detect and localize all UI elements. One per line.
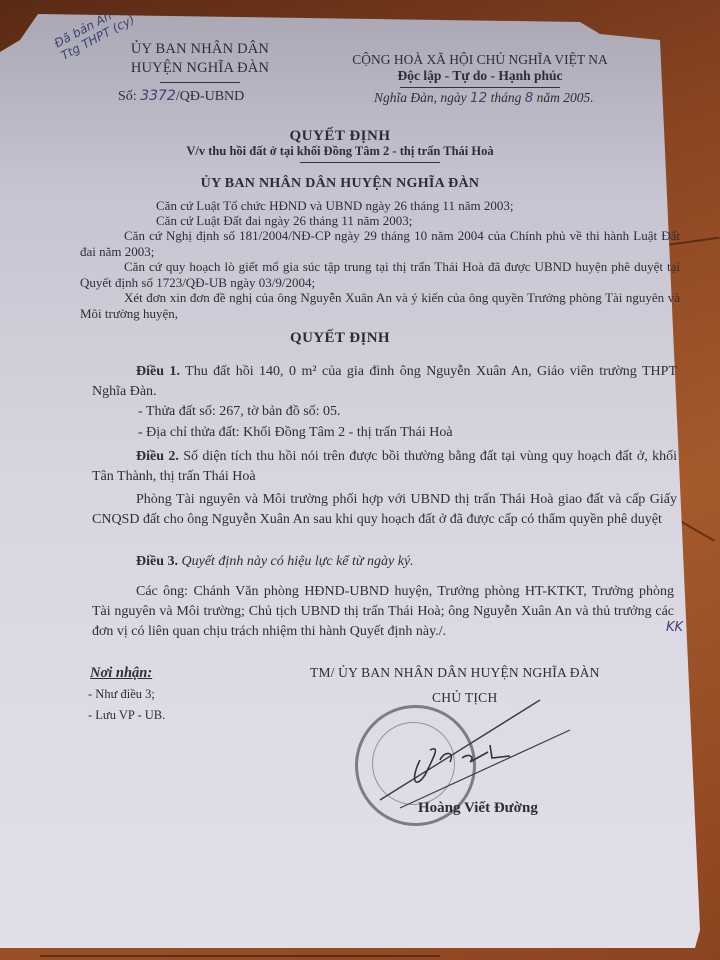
handwritten-signature [370, 690, 590, 810]
national-header: CỘNG HOÀ XÃ HỘI CHỦ NGHĨA VIỆT NA Độc lậ… [330, 52, 630, 88]
date-month: 8 [525, 90, 534, 106]
decision-heading: QUYẾT ĐỊNH [0, 330, 700, 347]
article-3-label: Điều 3. [136, 554, 178, 569]
article-1-label: Điều 1. [136, 364, 180, 379]
document-number: Số: 3372/QĐ-UBND [118, 88, 244, 105]
article-3-text: Quyết định này có hiệu lực kể từ ngày ký… [178, 554, 414, 569]
document-date: Nghĩa Đàn, ngày 12 tháng 8 năm 2005. [374, 90, 594, 106]
article-1-text: Thu đất hồi 140, 0 m² của gia đình ông N… [92, 364, 677, 399]
recipient-item: - Lưu VP - UB. [88, 708, 165, 723]
recipients-title: Nơi nhận: [90, 665, 152, 682]
article-2-text: Số diện tích thu hồi nói trên được bồi t… [92, 449, 677, 484]
document-subject: V/v thu hồi đất ở tại khối Đồng Tâm 2 - … [0, 144, 700, 159]
floor-seam [40, 955, 440, 957]
number-prefix: Số: [118, 89, 140, 104]
article-2-label: Điều 2. [136, 449, 179, 464]
article-2-paragraph: Phòng Tài nguyên và Môi trường phối hợp … [92, 490, 677, 530]
divider [160, 82, 240, 83]
recipient-item: - Như điều 3; [88, 687, 155, 702]
article-3-paragraph: Các ông: Chánh Văn phòng HĐND-UBND huyện… [92, 582, 674, 642]
basis-5: Xét đơn xin đơn đề nghị của ông Nguyễn X… [80, 290, 680, 321]
article-2: Điều 2. Số diện tích thu hồi nói trên đư… [92, 447, 677, 487]
basis-2: Căn cứ Luật Đất đai ngày 26 tháng 11 năm… [112, 213, 677, 229]
document-title: QUYẾT ĐỊNH [0, 128, 700, 145]
number-suffix: /QĐ-UBND [176, 89, 244, 104]
issuer-line-1: ỦY BAN NHÂN DÂN [110, 40, 290, 59]
issuer-header: ỦY BAN NHÂN DÂN HUYỆN NGHĨA ĐÀN [110, 40, 290, 83]
divider [400, 87, 560, 88]
signature-organization: TM/ ỦY BAN NHÂN DÂN HUYỆN NGHĨA ĐÀN [310, 665, 600, 681]
initials-mark: KK [666, 620, 683, 635]
date-day: 12 [470, 90, 487, 106]
date-mid: tháng [487, 90, 525, 105]
national-motto: Độc lập - Tự do - Hạnh phúc [330, 68, 630, 84]
signatory-name: Hoàng Viết Đường [418, 800, 538, 817]
basis-3: Căn cứ Nghị định số 181/2004/NĐ-CP ngày … [80, 228, 680, 259]
article-1: Điều 1. Thu đất hồi 140, 0 m² của gia đì… [92, 362, 677, 402]
nation-name: CỘNG HOÀ XÃ HỘI CHỦ NGHĨA VIỆT NA [330, 52, 630, 68]
article-1-address: - Địa chỉ thửa đất: Khối Đồng Tâm 2 - th… [138, 425, 453, 441]
date-prefix: Nghĩa Đàn, ngày [374, 90, 470, 105]
date-suffix: năm 2005. [533, 90, 593, 105]
issuer-line-2: HUYỆN NGHĨA ĐÀN [110, 59, 290, 78]
number-handwritten: 3372 [140, 88, 176, 104]
article-1-parcel: - Thửa đất số: 267, tờ bản đồ số: 05. [138, 404, 341, 420]
issuing-authority: ỦY BAN NHÂN DÂN HUYỆN NGHĨA ĐÀN [0, 176, 700, 192]
article-3: Điều 3. Quyết định này có hiệu lực kể từ… [92, 552, 677, 572]
divider [300, 162, 440, 163]
basis-4: Căn cứ quy hoạch lò giết mổ gia súc tập … [80, 259, 680, 290]
basis-1: Căn cứ Luật Tổ chức HĐND và UBND ngày 26… [112, 198, 677, 214]
